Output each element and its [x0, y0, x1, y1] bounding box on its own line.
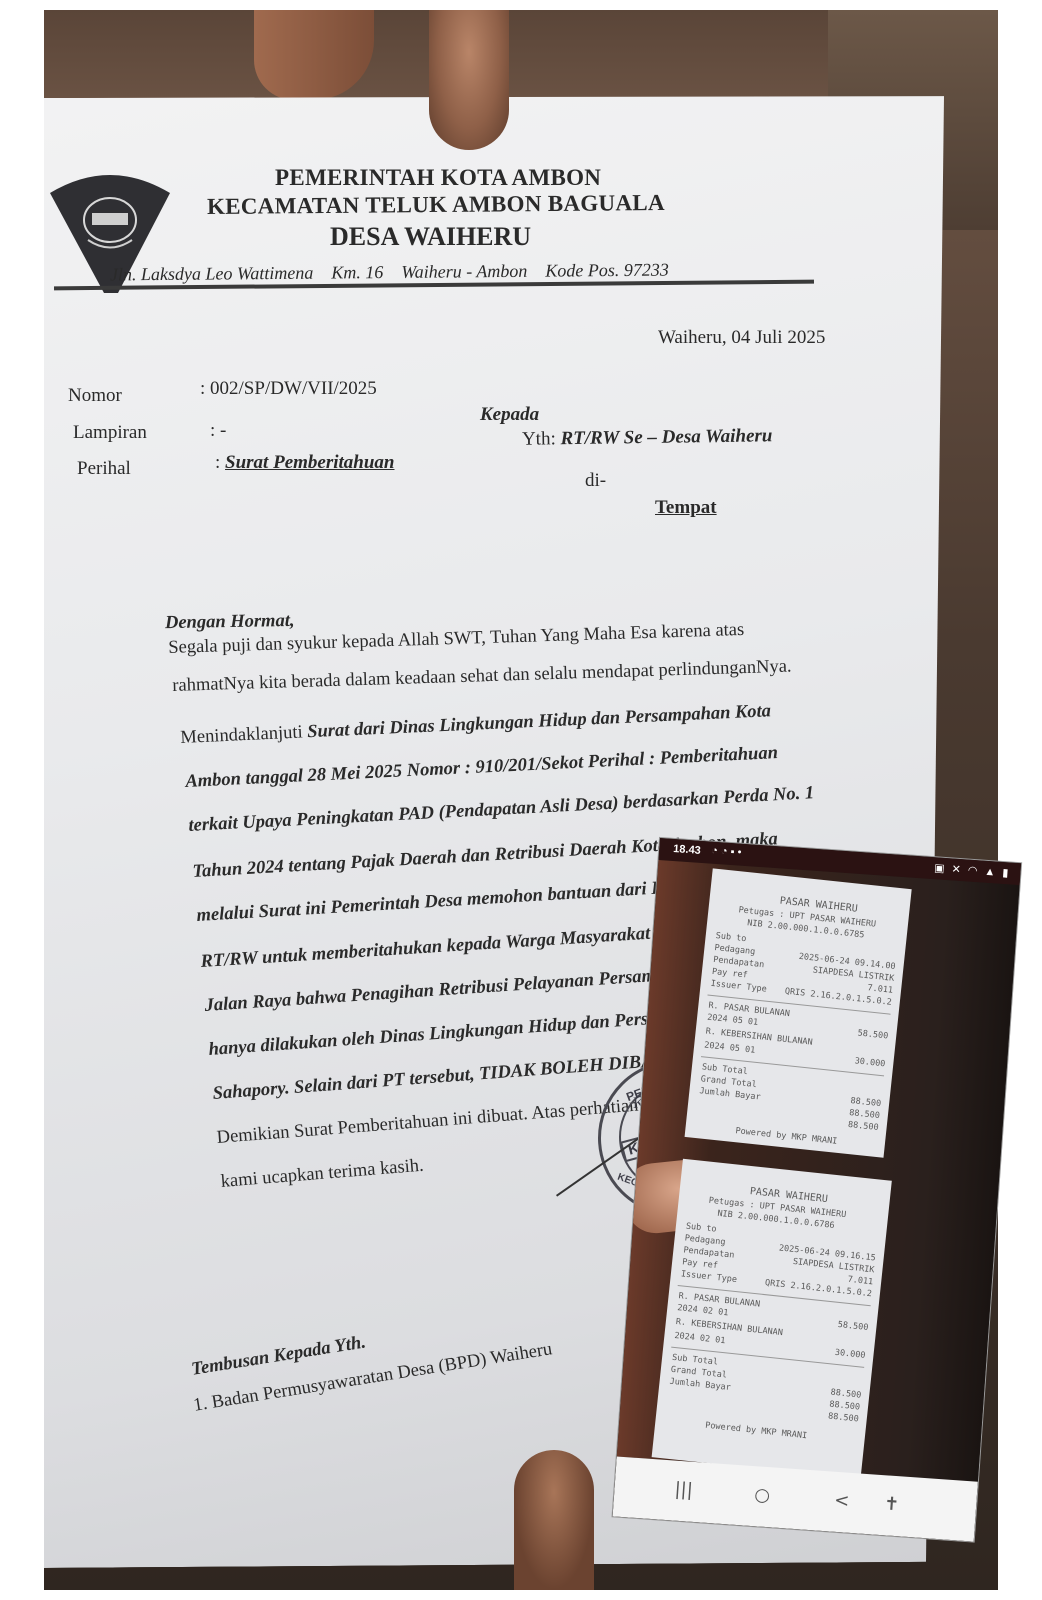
receipt-item-value: 58.500 — [837, 1320, 869, 1333]
perihal-value: Surat Pemberitahuan — [225, 452, 394, 473]
receipt-item-value: 30.000 — [834, 1348, 866, 1361]
back-button[interactable]: < — [833, 1490, 850, 1512]
nomor-label: Nomor — [68, 385, 122, 407]
receipt-row-value: 7.011 — [867, 983, 893, 996]
yth-prefix: Yth: — [522, 428, 556, 449]
perihal-colon: : — [215, 452, 220, 473]
di-label: di- — [585, 470, 606, 492]
recents-button[interactable]: ||| — [674, 1479, 694, 1501]
notification-icons: ◔ ◔ ▪ • — [711, 845, 742, 859]
thumb — [429, 10, 509, 150]
subtotal-value: 88.500 — [850, 1096, 882, 1109]
letterhead-line1: PEMERINTAH KOTA AMBON — [275, 165, 601, 191]
receipt-footer: Powered by MKP MRANI — [705, 1421, 808, 1442]
photo-viewer: PASAR WAIHERU Petugas : UPT PASAR WAIHER… — [617, 860, 1020, 1482]
status-time: 18.43 — [673, 843, 701, 857]
receipt-item-value: 58.500 — [857, 1028, 889, 1041]
receipt: PASAR WAIHERU Petugas : UPT PASAR WAIHER… — [652, 1159, 892, 1479]
receipt-row-label: Sub to — [685, 1222, 717, 1235]
accessibility-icon[interactable]: ✝ — [883, 1493, 900, 1515]
system-status-icons: ▣ ✕ ◠ ▲ ▮ — [934, 861, 1011, 879]
phone-screenshot: 18.43 ◔ ◔ ▪ • ▣ ✕ ◠ ▲ ▮ PASAR WAIHERU Pe… — [613, 838, 1022, 1542]
thumb — [514, 1450, 594, 1590]
receipt-item-value: 30.000 — [854, 1056, 886, 1069]
recipient-line: Yth: RT/RW Se – Desa Waiheru — [522, 425, 773, 450]
yth-value: RT/RW Se – Desa Waiheru — [560, 425, 772, 449]
lampiran-value: : - — [210, 420, 226, 442]
receipt: PASAR WAIHERU Petugas : UPT PASAR WAIHER… — [685, 868, 912, 1157]
letterhead-line2: KECAMATAN TELUK AMBON BAGUALA — [207, 190, 665, 220]
perihal-label: Perihal — [77, 458, 131, 480]
address-postal: Kode Pos. 97233 — [545, 260, 669, 281]
letterhead-line3: DESA WAIHERU — [330, 222, 531, 252]
receipt-item-date: 2024 02 01 — [674, 1331, 726, 1346]
receipt-row-label: Issuer Type — [710, 979, 767, 995]
home-button[interactable]: ○ — [754, 1484, 771, 1506]
receipt-item-date: 2024 05 01 — [704, 1040, 756, 1055]
subtotal-value: 88.500 — [830, 1388, 862, 1401]
body-p2-line: Menindaklanjuti Surat dari Dinas Lingkun… — [180, 701, 771, 749]
receipt-row-label: Issuer Type — [680, 1269, 737, 1285]
address-km: Km. 16 — [331, 262, 383, 282]
body-p2-plain: Menindaklanjuti — [180, 722, 308, 748]
jumlah-bayar-value: 88.500 — [828, 1411, 860, 1424]
closing-line: kami ucapkan terima kasih. — [220, 1156, 424, 1193]
grandtotal-value: 88.500 — [849, 1108, 881, 1121]
body-p2-line: Jalan Raya bahwa Penagihan Retribusi Pel… — [204, 964, 685, 1017]
place-date: Waiheru, 04 Juli 2025 — [658, 327, 825, 349]
lampiran-label: Lampiran — [73, 422, 147, 444]
kepada-label: Kepada — [480, 404, 539, 426]
receipt-row-value: 7.011 — [847, 1275, 873, 1288]
jumlah-bayar-value: 88.500 — [847, 1120, 879, 1133]
body-p1-line: rahmatNya kita berada dalam keadaan seha… — [172, 657, 792, 697]
salutation: Dengan Hormat, — [165, 611, 295, 634]
perihal-value-line: : Surat Pemberitahuan — [215, 452, 395, 474]
address-street: Jln. Laksdya Leo Wattimena — [110, 263, 313, 285]
grandtotal-value: 88.500 — [829, 1399, 861, 1412]
body-p2-bold: Surat dari Dinas Lingkungan Hidup dan Pe… — [307, 701, 772, 742]
body-p2-line: terkait Upaya Peningkatan PAD (Pendapata… — [188, 783, 815, 837]
receipt-footer: Powered by MKP MRANI — [735, 1126, 838, 1147]
address-city: Waiheru - Ambon — [401, 261, 527, 282]
body-p2-line: Ambon tanggal 28 Mei 2025 Nomor : 910/20… — [185, 743, 778, 793]
receipt-row-label: Sub to — [715, 931, 747, 944]
body-p2-line: RT/RW untuk memberitahukan kepada Warga … — [200, 919, 722, 973]
nomor-value: : 002/SP/DW/VII/2025 — [200, 378, 377, 400]
tempat-label: Tempat — [655, 497, 717, 519]
